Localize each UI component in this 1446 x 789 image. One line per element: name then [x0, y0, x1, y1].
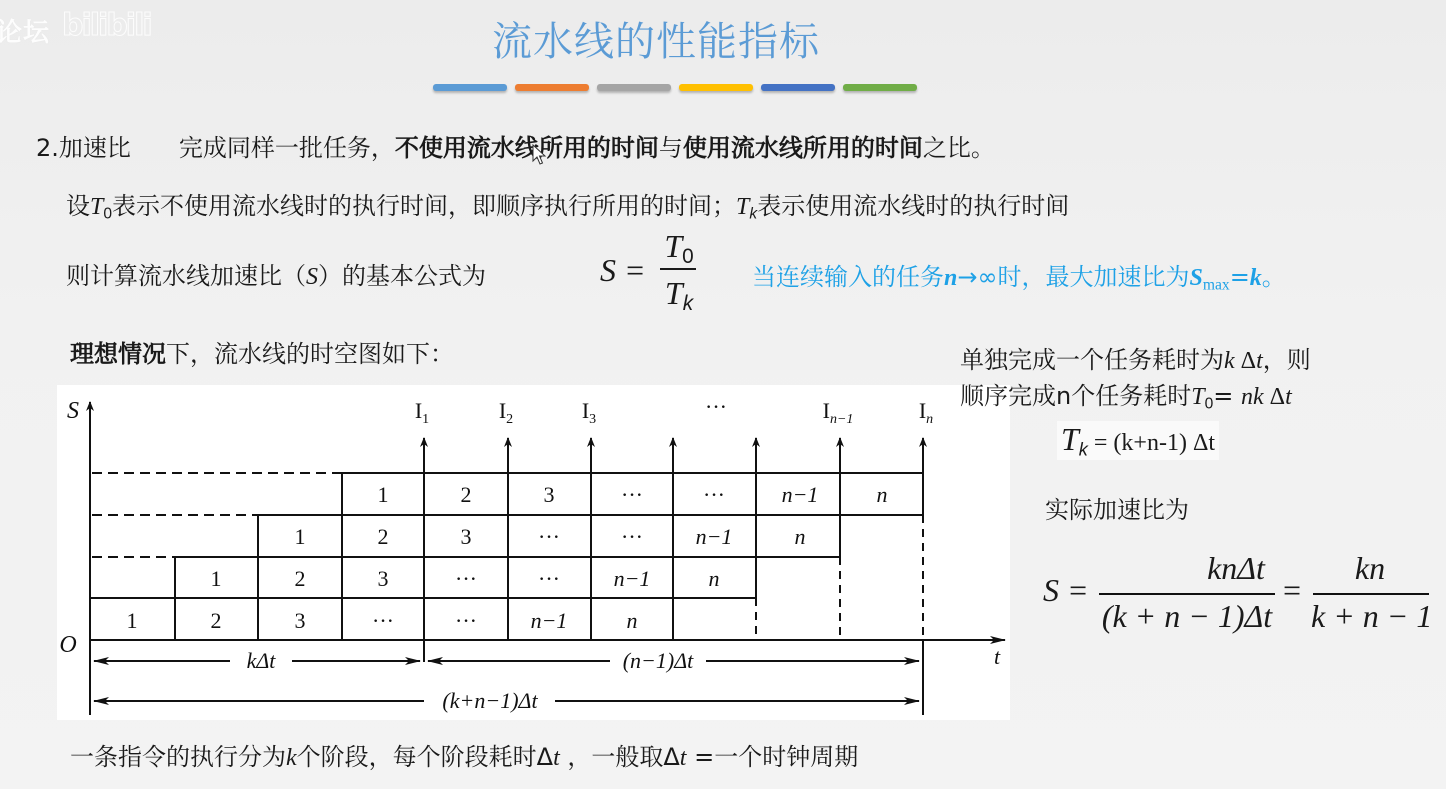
basic-formula-line: 则计算流水线加速比（S）的基本公式为: [66, 256, 486, 291]
dim-k-dt: kΔt: [247, 648, 277, 673]
fraction-bar-2: [1313, 593, 1429, 595]
mouse-cursor-icon: [532, 144, 548, 166]
svg-text:2: 2: [378, 524, 389, 549]
line3-text-1: 则计算流水线加速比（: [66, 262, 306, 290]
svg-text:n−1: n−1: [782, 482, 819, 507]
definition-bold-1: 不使用流水线所用的时间: [395, 134, 659, 162]
svg-text:···: ···: [538, 524, 560, 549]
svg-text:···: ···: [538, 566, 560, 591]
diagram-intro: 理想情况下，流水线的时空图如下：: [70, 334, 454, 369]
dim-n-1-dt: (n−1)Δt: [623, 648, 694, 673]
definition-mid: 与: [659, 134, 683, 162]
svg-text:1: 1: [127, 608, 138, 633]
line2-text-3: 表示使用流水线时的执行时间: [757, 192, 1069, 220]
svg-text:n: n: [795, 524, 806, 549]
line2-text-2: 表示不使用流水线时的执行时间，即顺序执行所用的时间；: [112, 192, 736, 220]
svg-text:3: 3: [295, 608, 306, 633]
label-In: In: [919, 398, 933, 427]
s-axis-label: S: [67, 398, 79, 424]
svg-text:n−1: n−1: [531, 608, 568, 633]
section-term: 加速比: [59, 134, 131, 162]
k-symbol: k: [1250, 265, 1262, 291]
definition-pre: 完成同样一批任务，: [179, 134, 395, 162]
color-bar-4: [679, 84, 753, 91]
bilibili-logo: bilibili: [62, 8, 151, 43]
color-bar-2: [515, 84, 589, 91]
svg-text:2: 2: [295, 566, 306, 591]
watermark-text: 论坛: [0, 12, 50, 49]
color-bar-3: [597, 84, 671, 91]
svg-text:1: 1: [295, 524, 306, 549]
svg-text:n: n: [709, 566, 720, 591]
label-I2: I2: [499, 398, 513, 427]
note-text-1: 当连续输入的任务: [752, 263, 944, 291]
actual-speedup-label: 实际加速比为: [1045, 490, 1189, 525]
title-color-bars: [433, 84, 917, 91]
fraction-bar-1: [1099, 593, 1275, 595]
page-title: 流水线的性能指标: [492, 10, 820, 67]
label-I3: I3: [582, 398, 596, 427]
svg-text:n: n: [877, 482, 888, 507]
line2-text-1: 设: [66, 192, 90, 220]
speedup-formula: S = knΔt (k + n − 1)Δt = kn k + n − 1: [1043, 550, 1443, 640]
svg-text:2: 2: [211, 608, 222, 633]
sequential-time: 顺序完成n个任务耗时T0= nk Δt: [960, 376, 1292, 414]
formula-lhs: S =: [600, 252, 646, 289]
label-ellipsis: ···: [705, 394, 727, 419]
formula-denominator: Tk: [660, 275, 698, 316]
note-equals: =: [1230, 263, 1250, 291]
svg-text:3: 3: [544, 482, 555, 507]
svg-text:n: n: [627, 608, 638, 633]
s-symbol: S: [306, 264, 318, 290]
section-number: 2.: [36, 134, 59, 162]
formula-numerator: T0: [660, 228, 698, 269]
definition-text: 完成同样一批任务，不使用流水线所用的时间与使用流水线所用的时间之比。: [179, 134, 995, 162]
label-In-1: In−1: [823, 398, 854, 427]
color-bar-5: [761, 84, 835, 91]
space-time-diagram: S O t I1 I2 I3 ··· In−1 In 1 2 3 ··· ···…: [57, 385, 1010, 720]
s-max-subscript: max: [1203, 277, 1230, 294]
intro-bold: 理想情况: [70, 340, 166, 368]
svg-text:···: ···: [621, 482, 643, 507]
intro-rest: 下，流水线的时空图如下：: [166, 340, 454, 368]
line3-text-2: ）的基本公式为: [318, 262, 486, 290]
formula-fraction-bar: [660, 268, 696, 270]
svg-text:···: ···: [455, 608, 477, 633]
stage-explanation: 一条指令的执行分为k个阶段，每个阶段耗时Δt ，一般取Δt =一个时钟周期: [70, 737, 858, 772]
t0-symbol: T0: [90, 194, 112, 220]
svg-text:···: ···: [455, 566, 477, 591]
n-symbol: n: [944, 265, 957, 291]
max-speedup-note: 当连续输入的任务n→∞时，最大加速比为Smax=k。: [752, 257, 1286, 295]
definition-post: 之比。: [923, 134, 995, 162]
svg-text:1: 1: [378, 482, 389, 507]
svg-text:3: 3: [461, 524, 472, 549]
s-max-symbol: S: [1189, 265, 1202, 291]
color-bar-1: [433, 84, 507, 91]
label-I1: I1: [415, 398, 429, 427]
origin-label: O: [59, 632, 76, 658]
pipeline-space-time-svg: S O t I1 I2 I3 ··· In−1 In 1 2 3 ··· ···…: [57, 385, 1010, 720]
t0-tk-definition: 设T0表示不使用流水线时的执行时间，即顺序执行所用的时间；Tk表示使用流水线时的…: [66, 186, 1069, 224]
single-task-time: 单独完成一个任务耗时为k Δt，则: [960, 340, 1311, 375]
svg-text:1: 1: [211, 566, 222, 591]
definition-bold-2: 使用流水线所用的时间: [683, 134, 923, 162]
limit-arrow: →∞: [957, 263, 997, 291]
tk-symbol: Tk: [736, 194, 757, 220]
t-axis-label: t: [994, 644, 1001, 669]
color-bar-6: [843, 84, 917, 91]
svg-text:n−1: n−1: [696, 524, 733, 549]
svg-text:n−1: n−1: [614, 566, 651, 591]
svg-text:2: 2: [461, 482, 472, 507]
note-text-2: 时，最大加速比为: [997, 263, 1189, 291]
svg-text:···: ···: [372, 608, 394, 633]
dim-total: (k+n−1)Δt: [442, 688, 538, 713]
svg-text:3: 3: [378, 566, 389, 591]
svg-text:···: ···: [621, 524, 643, 549]
note-end: 。: [1262, 263, 1286, 291]
speedup-definition: 2.加速比完成同样一批任务，不使用流水线所用的时间与使用流水线所用的时间之比。: [36, 128, 995, 163]
tk-formula: Tk = (k+n-1) Δt: [1057, 421, 1219, 460]
svg-text:···: ···: [703, 482, 725, 507]
